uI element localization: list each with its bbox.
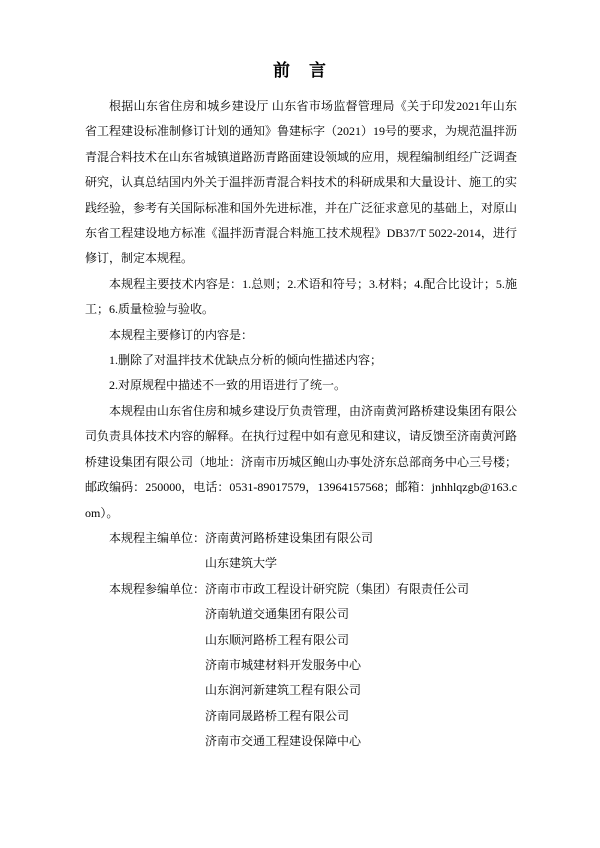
participant-units: 济南市市政工程设计研究院（集团）有限责任公司 济南轨道交通集团有限公司 山东顺河… [205,577,517,755]
document-page: 前 言 根据山东省住房和城乡建设厅 山东省市场监督管理局《关于印发2021年山东… [0,0,600,848]
participant-unit: 济南轨道交通集团有限公司 [205,602,517,627]
document-body: 根据山东省住房和城乡建设厅 山东省市场监督管理局《关于印发2021年山东省工程建… [85,94,517,755]
participant-label: 本规程参编单位： [109,577,205,602]
participant-unit: 济南市市政工程设计研究院（集团）有限责任公司 [205,577,517,602]
participant-unit: 山东润河新建筑工程有限公司 [205,678,517,703]
paragraph-revision-item-2: 2.对原规程中描述不一致的用语进行了统一。 [85,373,517,398]
paragraph-management-contact: 本规程由山东省住房和城乡建设厅负责管理，由济南黄河路桥建设集团有限公司负责具体技… [85,399,517,526]
participant-row: 本规程参编单位： 济南市市政工程设计研究院（集团）有限责任公司 济南轨道交通集团… [85,577,517,755]
paragraph-revision-intro: 本规程主要修订的内容是： [85,323,517,348]
page-title: 前 言 [0,58,600,84]
participant-unit: 济南市交通工程建设保障中心 [205,729,517,754]
chief-editor-row: 本规程主编单位： 济南黄河路桥建设集团有限公司 山东建筑大学 [85,526,517,577]
participant-unit: 济南同晟路桥工程有限公司 [205,704,517,729]
paragraph-basis: 根据山东省住房和城乡建设厅 山东省市场监督管理局《关于印发2021年山东省工程建… [85,94,517,272]
participant-unit: 济南市城建材料开发服务中心 [205,653,517,678]
chief-editor-label: 本规程主编单位： [109,526,205,551]
chief-editor-unit: 济南黄河路桥建设集团有限公司 [205,526,517,551]
chief-editor-unit: 山东建筑大学 [205,551,517,576]
paragraph-technical-contents: 本规程主要技术内容是：1.总则；2.术语和符号；3.材料；4.配合比设计；5.施… [85,272,517,323]
paragraph-revision-item-1: 1.删除了对温拌技术优缺点分析的倾向性描述内容； [85,348,517,373]
participant-unit: 山东顺河路桥工程有限公司 [205,628,517,653]
chief-editor-units: 济南黄河路桥建设集团有限公司 山东建筑大学 [205,526,517,577]
